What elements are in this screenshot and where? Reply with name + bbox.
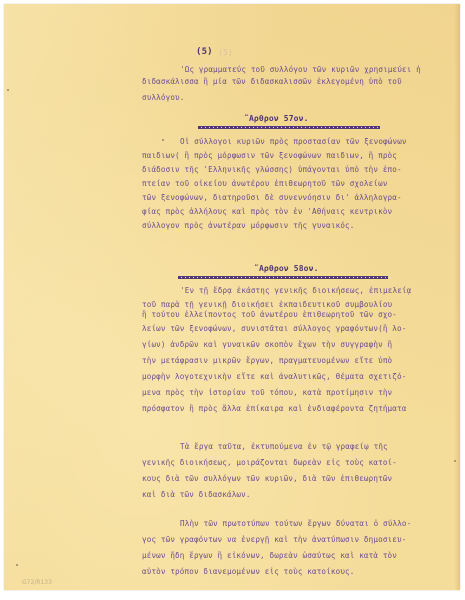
text-line: σύλλογον πρὸς ἀνωτέραν μόρφωσιν τῆς γυνα… bbox=[142, 220, 460, 232]
text-line: Πλὴν τῶν πρωτοτύπων τούτων ἔργων δύναται… bbox=[142, 518, 460, 530]
text-line: λείων τῶν ξενοφώνων, συνιστᾶται σύλλογος… bbox=[142, 323, 460, 335]
text-line: πρόσφατον ἢ πρὸς ἄλλα ἐπίκαιρα καὶ ἐνδια… bbox=[142, 403, 460, 415]
paper-speck bbox=[7, 89, 9, 91]
text-line: φίας πρὸς ἀλλήλους καὶ πρὸς τὸν ἐν 'Αθήν… bbox=[142, 206, 460, 218]
paper-speck bbox=[162, 139, 164, 141]
article-57-paragraph: Οἱ σύλλογοι κυριῶν πρὸς προστασίαν τῶν ξ… bbox=[142, 136, 460, 232]
text-line: διάδοσιν τῆς 'Ελληνικῆς γλώσσης) ὑπάγοντ… bbox=[142, 164, 460, 176]
text-line: παιδιων( ἢ πρὸς μόρφωσιν τῶν ξενοφώνων π… bbox=[142, 150, 460, 162]
text-line: γενικῆς διοικήσεως, μοιράζονται δωρεὰν ε… bbox=[142, 457, 460, 469]
text-line: 'Εν τῇ ἕδρᾳ ἑκάστης γενικῆς διοικήσεως, … bbox=[142, 285, 460, 297]
page-number: (5) bbox=[196, 47, 213, 57]
text-line: ἢ τούτου ἐλλείποντος τοῦ ἀνωτέρου ἐπιθεω… bbox=[142, 310, 460, 320]
article-58-paragraph-3: Πλὴν τῶν πρωτοτύπων τούτων ἔργων δύναται… bbox=[142, 518, 460, 578]
article-58-underline bbox=[178, 276, 388, 279]
text-line: μένων ἤδη ἔργων ἢ εἰκόνων, δωρεὰν ὡσαύτω… bbox=[142, 550, 460, 562]
archive-margin-note: G72/R133 bbox=[22, 579, 52, 586]
text-line: τῶν ξενοφώνων, διατηροῦσι δὲ συνεννόησιν… bbox=[142, 192, 460, 204]
text-line: τὴν μετάφρασιν μικρῶν ἔργων, πραγματευομ… bbox=[142, 355, 460, 367]
text-line: γος τῶν γραφόντων να ἐνεργῇ καὶ τὴν ἀνατ… bbox=[142, 534, 460, 546]
article-58-heading: ῎Αρθρον 58ον. bbox=[254, 264, 394, 273]
text-line: συλλόγου. bbox=[142, 92, 460, 104]
text-line: τοῦ παρὰ τῇ γενικῇ διοικήσει ἐκπαιδευτικ… bbox=[142, 300, 460, 310]
paper-speck bbox=[454, 460, 456, 462]
text-line: πτείαν τοῦ οἰκείου ἀνωτέρου ἐπιθεωρητοῦ … bbox=[142, 178, 460, 190]
text-line: κους διὰ τῶν συλλόγων τῶν κυριῶν, διὰ τῶ… bbox=[142, 473, 460, 485]
text-line: μορφὴν λογοτεχνικὴν εἴτε καὶ ἀναλυτικῶς,… bbox=[142, 371, 460, 383]
text-line: 'Ως γραμματεύς τοῦ συλλόγου τῶν κυριῶν χ… bbox=[142, 64, 460, 76]
intro-paragraph: 'Ως γραμματεύς τοῦ συλλόγου τῶν κυριῶν χ… bbox=[142, 64, 460, 104]
article-58-paragraph-1: 'Εν τῇ ἕδρᾳ ἑκάστης γενικῆς διοικήσεως, … bbox=[142, 285, 460, 415]
document-page: (5) (5) 'Ως γραμματεύς τοῦ συλλόγου τῶν … bbox=[4, 4, 460, 590]
paper-speck bbox=[16, 564, 18, 566]
article-57-underline bbox=[198, 126, 380, 129]
text-line: διδασκάλισσα ἢ μία τῶν διδασκαλισσῶν ἐκλ… bbox=[142, 76, 460, 88]
text-line: Τὰ ἔργα ταῦτα, ἐκτυπούμενα ἐν τῷ γραφείῳ… bbox=[142, 441, 460, 453]
text-line: γίων) ἀνδρῶν καὶ γυναικῶν σκοπὸν ἔχων τὴ… bbox=[142, 339, 460, 351]
article-57-heading: ῎Αρθρον 57ον. bbox=[244, 114, 384, 123]
text-line: Οἱ σύλλογοι κυριῶν πρὸς προστασίαν τῶν ξ… bbox=[142, 136, 460, 148]
text-line: μενα πρὸς τὴν ἱστορίαν τοῦ τόπου, κατὰ π… bbox=[142, 387, 460, 399]
page-number-bleedthrough: (5) bbox=[218, 48, 233, 57]
text-line: αὐτὸν τρόπον διανεμομένων εἰς τοὺς κατοί… bbox=[142, 566, 460, 578]
text-line: καὶ διὰ τῶν διδασκάλων. bbox=[142, 489, 460, 501]
article-58-paragraph-2: Τὰ ἔργα ταῦτα, ἐκτυπούμενα ἐν τῷ γραφείῳ… bbox=[142, 441, 460, 501]
